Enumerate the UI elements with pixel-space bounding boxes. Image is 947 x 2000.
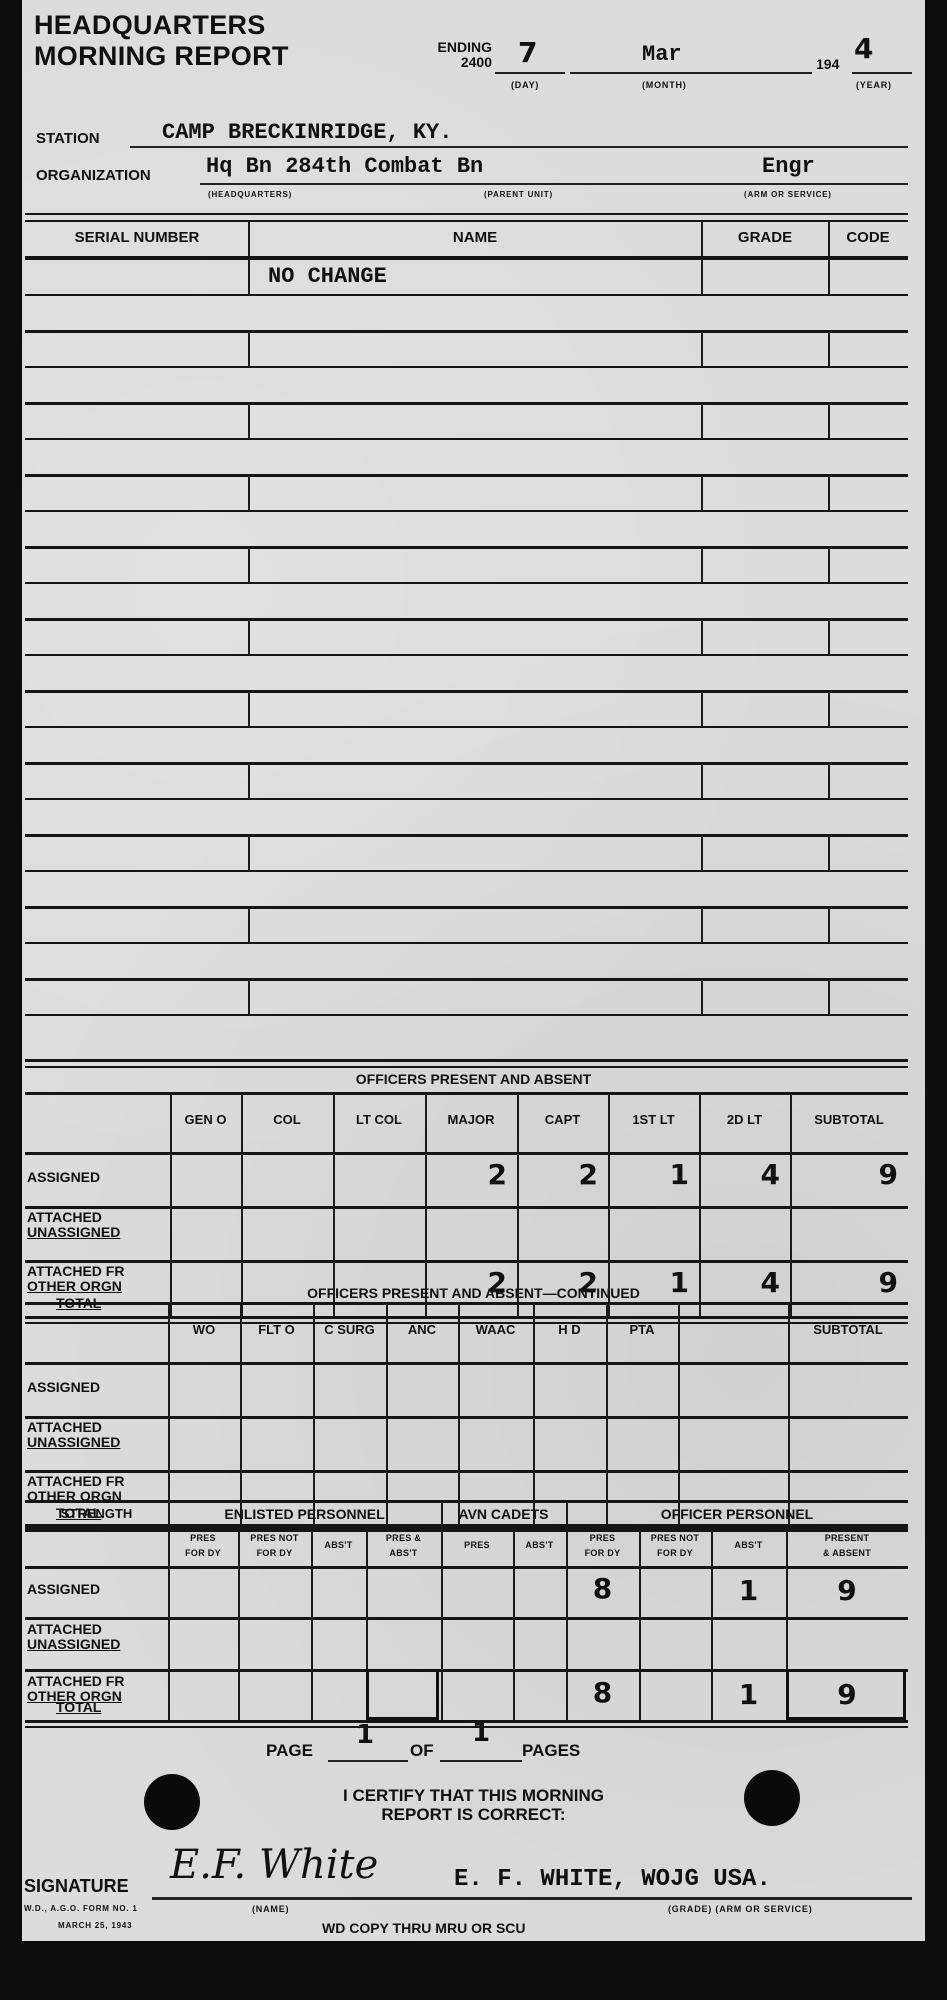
organization-value[interactable]: Hq Bn 284th Combat Bn xyxy=(206,154,483,179)
divider xyxy=(701,618,703,654)
strength-subcol-header: ABS'T xyxy=(711,1538,786,1552)
row-rule xyxy=(25,402,908,405)
row-rule xyxy=(25,510,908,512)
rule xyxy=(25,1059,908,1062)
row-label-total: TOTAL xyxy=(56,1296,101,1311)
divider xyxy=(248,474,250,510)
table-rule xyxy=(25,1416,908,1419)
strength-subcol-header: FOR DY xyxy=(639,1546,711,1560)
row-label-attached-fr: ATTACHED FR xyxy=(27,1674,124,1689)
officers-assigned-cell[interactable]: 2 xyxy=(517,1158,598,1191)
col-header-code: CODE xyxy=(830,229,906,246)
table-rule xyxy=(25,1206,908,1209)
row-label-assigned: ASSIGNED xyxy=(27,1380,100,1395)
divider xyxy=(248,546,250,582)
month-underline xyxy=(570,72,812,74)
officers-col-header: 1ST LT xyxy=(608,1112,699,1127)
table-rule xyxy=(25,1152,908,1155)
strength-subcol-header: PRES xyxy=(168,1531,238,1545)
officer-abst-assigned[interactable]: 1 xyxy=(711,1574,786,1607)
divider xyxy=(828,618,830,654)
row-label-unassigned: UNASSIGNED xyxy=(27,1637,120,1652)
page-underline xyxy=(328,1760,408,1762)
typed-name-grade[interactable]: E. F. WHITE, WOJG USA. xyxy=(454,1866,771,1893)
ending-text: ENDING xyxy=(422,40,492,55)
row-rule xyxy=(25,834,908,837)
officers-col-header: CAPT xyxy=(517,1112,608,1127)
row-label-assigned: ASSIGNED xyxy=(27,1582,100,1597)
entry-name-cell[interactable]: NO CHANGE xyxy=(268,264,387,289)
rule xyxy=(25,1530,908,1532)
year-prefix: 194 xyxy=(816,56,839,72)
cert-line-1: I CERTIFY THAT THIS MORNING xyxy=(22,1786,925,1805)
officers-total-cell[interactable]: 9 xyxy=(790,1266,898,1299)
headquarters-caption: (HEADQUARTERS) xyxy=(208,190,292,199)
strength-subcol-header: PRES NOT xyxy=(639,1531,711,1545)
table-rule xyxy=(25,1092,908,1095)
officers-assigned-cell[interactable]: 9 xyxy=(790,1158,898,1191)
col-header-name: NAME xyxy=(249,229,701,246)
table-rule xyxy=(25,1527,908,1530)
strength-subcol-header: PRESENT xyxy=(786,1531,908,1545)
divider xyxy=(701,474,703,510)
page-number[interactable]: 1 xyxy=(356,1720,374,1750)
table-rule xyxy=(25,1669,908,1672)
month-value[interactable]: Mar xyxy=(642,42,682,67)
strength-subcol-header: PRES & xyxy=(366,1531,441,1545)
form-title: HEADQUARTERS MORNING REPORT xyxy=(34,10,289,72)
row-rule xyxy=(25,726,908,728)
table-rule xyxy=(25,1260,908,1263)
officers-assigned-cell[interactable]: 1 xyxy=(608,1158,689,1191)
row-label-attached-fr: ATTACHED FR xyxy=(27,1474,124,1489)
handwritten-signature[interactable]: E.F. White xyxy=(170,1842,378,1888)
divider xyxy=(701,762,703,798)
station-label: STATION xyxy=(36,130,100,147)
avn-cadets-group-header: AVN CADETS xyxy=(441,1506,566,1522)
title-line-1: HEADQUARTERS xyxy=(34,10,289,41)
row-label-attached: ATTACHED xyxy=(27,1420,102,1435)
strength-subcol-header: FOR DY xyxy=(566,1546,639,1560)
row-rule xyxy=(25,762,908,765)
officers-col-header: 2D LT xyxy=(699,1112,790,1127)
table-rule xyxy=(25,1566,908,1569)
officers-col-header: COL xyxy=(241,1112,333,1127)
continued-col-header: PTA xyxy=(606,1322,678,1337)
strength-label: STRENGTH xyxy=(25,1506,168,1521)
divider xyxy=(828,546,830,582)
ending-label: ENDING 2400 xyxy=(422,40,492,70)
divider xyxy=(828,222,830,258)
strength-subcol-header: PRES xyxy=(441,1538,513,1552)
continued-col-header: H D xyxy=(533,1322,606,1337)
form-date: MARCH 25, 1943 xyxy=(58,1921,132,1930)
officer-abst-total[interactable]: 1 xyxy=(711,1678,786,1711)
row-rule xyxy=(25,978,908,981)
col-header-grade: GRADE xyxy=(702,229,828,246)
row-label-other-orgn: OTHER ORGN xyxy=(27,1279,122,1294)
copy-note: WD COPY THRU MRU OR SCU xyxy=(322,1920,526,1936)
row-label-unassigned: UNASSIGNED xyxy=(27,1435,120,1450)
enlisted-total-box xyxy=(366,1669,439,1720)
divider xyxy=(828,474,830,510)
continued-col-header: WO xyxy=(168,1322,240,1337)
divider xyxy=(248,834,250,870)
officers-total-cell[interactable]: 4 xyxy=(699,1266,780,1299)
organization-underline xyxy=(200,183,908,185)
divider xyxy=(828,402,830,438)
officer-present-absent-assigned[interactable]: 9 xyxy=(786,1574,908,1607)
cert-line-2: REPORT IS CORRECT: xyxy=(22,1805,925,1824)
divider xyxy=(248,222,250,258)
rule xyxy=(25,220,908,222)
certification-text: I CERTIFY THAT THIS MORNING REPORT IS CO… xyxy=(22,1786,925,1824)
row-rule xyxy=(25,906,908,909)
strength-subcol-header: PRES NOT xyxy=(238,1531,311,1545)
ending-time: 2400 xyxy=(422,55,492,70)
row-rule xyxy=(25,438,908,440)
row-rule xyxy=(25,654,908,656)
table-rule xyxy=(25,1362,908,1365)
divider xyxy=(248,402,250,438)
arm-caption: (ARM OR SERVICE) xyxy=(744,190,832,199)
page-label: PAGE xyxy=(266,1741,313,1761)
divider xyxy=(248,978,250,1014)
divider xyxy=(701,222,703,258)
divider xyxy=(248,258,250,294)
form-number: W.D., A.G.O. FORM NO. 1 xyxy=(24,1904,138,1913)
table-rule xyxy=(25,1302,908,1305)
divider xyxy=(701,402,703,438)
enlisted-group-header: ENLISTED PERSONNEL xyxy=(168,1506,441,1522)
divider xyxy=(828,978,830,1014)
officers-col-header: LT COL xyxy=(333,1112,425,1127)
row-rule xyxy=(25,474,908,477)
table-rule xyxy=(25,1316,908,1319)
strength-subcol-header: FOR DY xyxy=(168,1546,238,1560)
continued-col-header: SUBTOTAL xyxy=(788,1322,908,1337)
divider xyxy=(248,690,250,726)
officer-pres-for-dy-assigned[interactable]: 8 xyxy=(566,1572,639,1605)
officers-total-cell[interactable]: 2 xyxy=(425,1266,507,1299)
month-caption: (MONTH) xyxy=(642,80,687,90)
signature-underline xyxy=(152,1897,912,1900)
day-caption: (DAY) xyxy=(511,80,539,90)
station-underline xyxy=(130,146,908,148)
table-divider xyxy=(513,1527,515,1720)
divider xyxy=(828,906,830,942)
officer-present-absent-total[interactable]: 9 xyxy=(786,1678,908,1711)
rule xyxy=(25,1726,908,1728)
grade-caption: (GRADE) (ARM OR SERVICE) xyxy=(668,1904,813,1914)
officers-col-header: GEN O xyxy=(170,1112,241,1127)
divider xyxy=(701,330,703,366)
divider xyxy=(828,690,830,726)
divider xyxy=(828,330,830,366)
table-rule xyxy=(25,1617,908,1620)
name-caption: (NAME) xyxy=(252,1904,289,1914)
divider xyxy=(248,330,250,366)
row-label-other-orgn: OTHER ORGN xyxy=(27,1489,122,1504)
divider xyxy=(701,258,703,294)
strength-subcol-header: FOR DY xyxy=(238,1546,311,1560)
header-rule xyxy=(25,256,908,260)
divider xyxy=(701,978,703,1014)
row-rule xyxy=(25,330,908,333)
arm-or-service-value[interactable]: Engr xyxy=(762,154,815,179)
strength-subcol-header: ABS'T xyxy=(311,1538,366,1552)
title-line-2: MORNING REPORT xyxy=(34,41,289,72)
year-underline xyxy=(852,72,912,74)
parent-unit-caption: (PARENT UNIT) xyxy=(484,190,553,199)
officers-assigned-cell[interactable]: 2 xyxy=(425,1158,507,1191)
officers-total-cell[interactable]: 1 xyxy=(608,1266,689,1299)
table-divider xyxy=(441,1500,443,1720)
continued-col-header: ANC xyxy=(386,1322,458,1337)
strength-subcol-header: PRES xyxy=(566,1531,639,1545)
row-rule xyxy=(25,690,908,693)
row-label-attached-fr: ATTACHED FR xyxy=(27,1264,124,1279)
table-divider xyxy=(678,1302,680,1524)
signature-label: SIGNATURE xyxy=(24,1876,129,1897)
year-caption: (YEAR) xyxy=(856,80,892,90)
strength-subcol-header: ABS'T xyxy=(513,1538,566,1552)
strength-subcol-header: ABS'T xyxy=(366,1546,441,1560)
divider xyxy=(828,834,830,870)
row-rule xyxy=(25,546,908,549)
organization-label: ORGANIZATION xyxy=(36,167,151,184)
row-label-unassigned: UNASSIGNED xyxy=(27,1225,120,1240)
divider xyxy=(248,618,250,654)
row-label-attached: ATTACHED xyxy=(27,1622,102,1637)
row-rule xyxy=(25,582,908,584)
continued-col-header: C SURG xyxy=(313,1322,386,1337)
continued-col-header: FLT O xyxy=(240,1322,313,1337)
row-label-assigned: ASSIGNED xyxy=(27,1170,100,1185)
row-rule xyxy=(25,618,908,621)
rule xyxy=(25,213,908,215)
station-value[interactable]: CAMP BRECKINRIDGE, KY. xyxy=(162,120,452,145)
row-rule xyxy=(25,294,908,296)
divider xyxy=(248,906,250,942)
officers-total-cell[interactable]: 2 xyxy=(517,1266,598,1299)
row-rule xyxy=(25,366,908,368)
row-rule xyxy=(25,942,908,944)
officers-section-title: OFFICERS PRESENT AND ABSENT xyxy=(22,1071,925,1087)
officers-col-header: MAJOR xyxy=(425,1112,517,1127)
table-rule xyxy=(25,1470,908,1473)
row-label-total: TOTAL xyxy=(56,1700,101,1715)
morning-report-form: HEADQUARTERS MORNING REPORT ENDING 2400 … xyxy=(22,0,925,1941)
divider xyxy=(828,258,830,294)
table-rule xyxy=(25,1500,908,1503)
strength-subcol-header: & ABSENT xyxy=(786,1546,908,1560)
divider xyxy=(248,762,250,798)
row-label-attached: ATTACHED xyxy=(27,1210,102,1225)
year-value[interactable]: 4 xyxy=(854,32,873,65)
row-rule xyxy=(25,798,908,800)
divider xyxy=(828,762,830,798)
divider xyxy=(701,906,703,942)
col-header-serial-number: SERIAL NUMBER xyxy=(25,229,249,246)
day-value[interactable]: 7 xyxy=(518,36,537,69)
table-rule xyxy=(25,1720,908,1723)
row-rule xyxy=(25,870,908,872)
of-label: OF xyxy=(410,1741,434,1761)
pages-label: PAGES xyxy=(522,1741,580,1761)
divider xyxy=(701,546,703,582)
officers-assigned-cell[interactable]: 4 xyxy=(699,1158,780,1191)
officers-col-header: SUBTOTAL xyxy=(790,1112,908,1127)
divider xyxy=(701,834,703,870)
total-pages-underline xyxy=(440,1760,522,1762)
day-underline xyxy=(495,72,565,74)
officer-pres-for-dy-total[interactable]: 8 xyxy=(566,1676,639,1709)
table-divider xyxy=(311,1527,313,1720)
row-rule xyxy=(25,1014,908,1016)
officer-group-header: OFFICER PERSONNEL xyxy=(566,1506,908,1522)
divider xyxy=(701,690,703,726)
rule xyxy=(25,1066,908,1068)
continued-col-header: WAAC xyxy=(458,1322,533,1337)
